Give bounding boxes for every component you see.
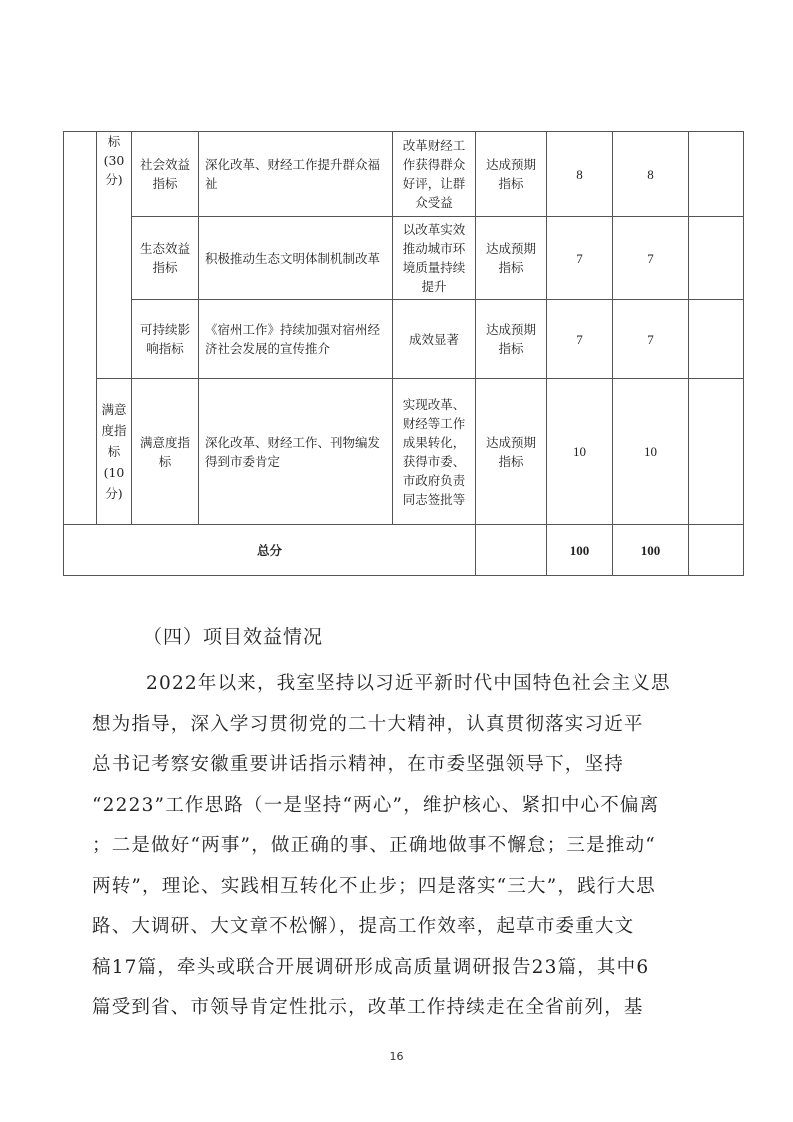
content-cell: 深化改革、财经工作、刊物编发得到市委肯定 [199, 379, 393, 525]
indicator-cell: 生态效益指标 [132, 217, 199, 300]
status-cell: 达成预期指标 [476, 132, 547, 217]
paragraph-line: 篇受到省、市领导肯定性批示，改革工作持续走在全省前列，基 [92, 988, 704, 1029]
target-cell: 成效显著 [393, 300, 476, 379]
score-cell: 7 [613, 217, 689, 300]
table-row: 标 (30 分) 社会效益指标 深化改革、财经工作提升群众福祉 改革财经工作获得… [64, 132, 744, 217]
status-cell: 达成预期指标 [476, 300, 547, 379]
note-cell [689, 379, 744, 525]
total-note-cell [689, 525, 744, 576]
status-cell: 达成预期指标 [476, 217, 547, 300]
total-label: 总分 [64, 525, 476, 576]
body-paragraph: 2022年以来，我室坚持以习近平新时代中国特色社会主义思 想为指导，深入学习贯彻… [92, 664, 704, 1029]
paragraph-line: “2223”工作思路（一是坚持“两心”，维护核心、紧扣中心不偏离 [92, 786, 704, 827]
content-cell: 积极推动生态文明体制机制改革 [199, 217, 393, 300]
weight-cell: 10 [547, 379, 613, 525]
primary-category-cell [64, 132, 97, 525]
secondary-category-cell: 满意度指标(10分) [97, 379, 132, 525]
total-weight: 100 [547, 525, 613, 576]
performance-score-table: 标 (30 分) 社会效益指标 深化改革、财经工作提升群众福祉 改革财经工作获得… [63, 131, 744, 576]
note-cell [689, 300, 744, 379]
total-status-cell [476, 525, 547, 576]
score-cell: 10 [613, 379, 689, 525]
table-row: 满意度指标(10分) 满意度指标 深化改革、财经工作、刊物编发得到市委肯定 实现… [64, 379, 744, 525]
table-row: 生态效益指标 积极推动生态文明体制机制改革 以改革实效推动城市环境质量持续提升 … [64, 217, 744, 300]
section-heading: （四）项目效益情况 [143, 622, 323, 649]
weight-cell: 7 [547, 300, 613, 379]
total-score: 100 [613, 525, 689, 576]
total-row: 总分 100 100 [64, 525, 744, 576]
target-cell: 以改革实效推动城市环境质量持续提升 [393, 217, 476, 300]
table-row: 可持续影响指标 《宿州工作》持续加强对宿州经济社会发展的宣传推介 成效显著 达成… [64, 300, 744, 379]
score-cell: 8 [613, 132, 689, 217]
status-cell: 达成预期指标 [476, 379, 547, 525]
note-cell [689, 217, 744, 300]
page-number: 16 [0, 1050, 793, 1063]
target-cell: 改革财经工作获得群众好评，让群众受益 [393, 132, 476, 217]
note-cell [689, 132, 744, 217]
score-cell: 7 [613, 300, 689, 379]
paragraph-line: 想为指导，深入学习贯彻党的二十大精神，认真贯彻落实习近平 [92, 705, 704, 746]
paragraph-line: ；二是做好“两事”，做正确的事、正确地做事不懈怠；三是推动“ [92, 826, 704, 867]
weight-cell: 7 [547, 217, 613, 300]
secondary-category-cell: 标 (30 分) [97, 132, 132, 379]
target-cell: 实现改革、财经等工作成果转化，获得市委、市政府负责同志签批等 [393, 379, 476, 525]
paragraph-line: 2022年以来，我室坚持以习近平新时代中国特色社会主义思 [92, 664, 704, 705]
paragraph-line: 两转”，理论、实践相互转化不止步；四是落实“三大”，践行大思 [92, 867, 704, 908]
indicator-cell: 满意度指标 [132, 379, 199, 525]
indicator-cell: 可持续影响指标 [132, 300, 199, 379]
paragraph-line: 稿17篇，牵头或联合开展调研形成高质量调研报告23篇，其中6 [92, 948, 704, 989]
weight-cell: 8 [547, 132, 613, 217]
content-cell: 《宿州工作》持续加强对宿州经济社会发展的宣传推介 [199, 300, 393, 379]
indicator-cell: 社会效益指标 [132, 132, 199, 217]
paragraph-line: 总书记考察安徽重要讲话指示精神，在市委坚强领导下，坚持 [92, 745, 704, 786]
content-cell: 深化改革、财经工作提升群众福祉 [199, 132, 393, 217]
paragraph-line: 路、大调研、大文章不松懈），提高工作效率，起草市委重大文 [92, 907, 704, 948]
